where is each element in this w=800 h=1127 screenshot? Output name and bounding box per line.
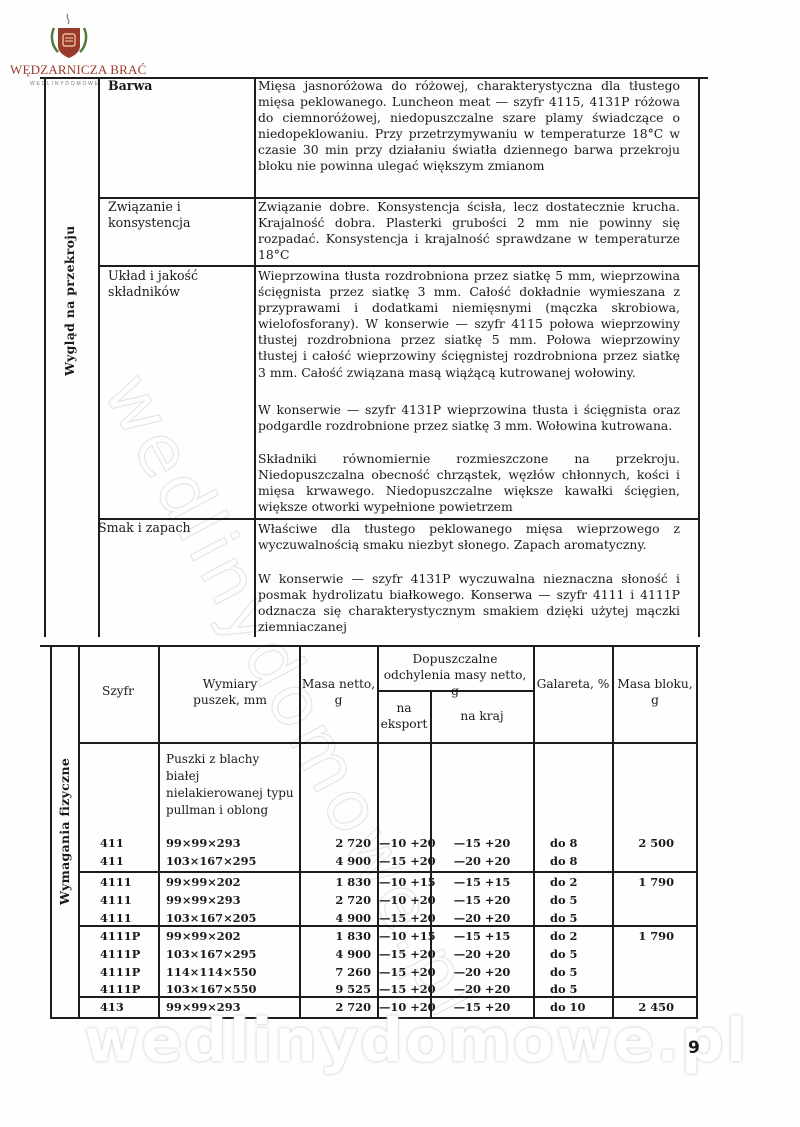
row-label-color: Barwa xyxy=(108,78,248,94)
cell-dims: 103×167×550 xyxy=(166,981,296,999)
cell-domestic: —15 +20 xyxy=(432,892,532,910)
cell-code: 4111P xyxy=(100,981,156,999)
row-text-taste-2: W konserwie — szyfr 4131P wyczuwalna nie… xyxy=(258,571,680,635)
cell-net: 4 900 xyxy=(301,946,371,964)
row-text-composition-3: Składniki równomiernie rozmieszczone na … xyxy=(258,451,680,515)
cell-dims: 103×167×205 xyxy=(166,910,296,928)
cell-export: —15 +20 xyxy=(379,964,429,982)
cell-code: 4111P xyxy=(100,928,156,946)
cell-jelly: do 8 xyxy=(550,835,610,853)
cell-net: 1 830 xyxy=(301,874,371,892)
row-text-binding: Związanie dobre. Konsystencja ścisła, le… xyxy=(258,199,680,263)
cell-net: 1 830 xyxy=(301,928,371,946)
header-code: Szyfr xyxy=(80,683,156,699)
group-rule xyxy=(78,871,697,873)
cell-export: —10 +15 xyxy=(379,928,429,946)
footer-watermark: wedlinydomowe.pl xyxy=(84,1006,748,1076)
table-section-divider xyxy=(78,645,80,1017)
header-block-mass: Masa bloku, g xyxy=(614,676,696,708)
row-label-binding: Związanie i konsystencja xyxy=(108,199,246,231)
row-text-composition-1: Wieprzowina tłusta rozdrobniona przez si… xyxy=(258,268,680,381)
cell-domestic: —20 +20 xyxy=(432,910,532,928)
cell-dims: 114×114×550 xyxy=(166,964,296,982)
cell-domestic: —20 +20 xyxy=(432,853,532,871)
can-note: Puszki z blachy białej nielakierowanej t… xyxy=(166,751,296,819)
outer-right-border xyxy=(698,77,700,637)
section-divider xyxy=(98,77,100,637)
cell-jelly: do 2 xyxy=(550,928,610,946)
cell-domestic: —15 +15 xyxy=(432,874,532,892)
section-rule xyxy=(40,645,700,647)
cell-net: 2 720 xyxy=(301,835,371,853)
cell-export: —15 +20 xyxy=(379,946,429,964)
cell-dims: 99×99×293 xyxy=(166,892,296,910)
header-deviation-group: Dopuszczalne odchylenia masy netto, g xyxy=(380,651,530,699)
col-divider xyxy=(533,645,535,1017)
cell-export: —10 +15 xyxy=(379,874,429,892)
cell-block: 1 790 xyxy=(614,874,674,892)
cell-export: —10 +20 xyxy=(379,835,429,853)
brand-logo xyxy=(48,12,90,60)
cell-dims: 99×99×293 xyxy=(166,835,296,853)
cell-dims: 99×99×202 xyxy=(166,928,296,946)
brand-subtitle: WEDLINYDOMOWE xyxy=(30,81,100,87)
row-divider xyxy=(98,265,699,267)
brand-name: WĘDZARNICZA BRAĆ xyxy=(10,62,146,78)
cell-domestic: —20 +20 xyxy=(432,946,532,964)
header-dimensions: Wymiary puszek, mm xyxy=(190,676,270,708)
cell-export: —15 +20 xyxy=(379,853,429,871)
cell-jelly: do 5 xyxy=(550,964,610,982)
cell-code: 4111P xyxy=(100,946,156,964)
cell-domestic: —15 +15 xyxy=(432,928,532,946)
header-export: na eksport xyxy=(379,700,429,732)
header-bottom-rule xyxy=(78,742,697,744)
cell-code: 4111 xyxy=(100,892,156,910)
row-text-color: Mięsa jasnoróżowa do różowej, charaktery… xyxy=(258,78,680,175)
smokehouse-crest-icon xyxy=(48,12,90,60)
cell-block: 2 500 xyxy=(614,835,674,853)
cell-jelly: do 5 xyxy=(550,892,610,910)
outer-left-border xyxy=(44,77,46,637)
section-label-physical: Wymagania fizyczne xyxy=(57,758,72,905)
header-domestic: na kraj xyxy=(432,708,532,724)
cell-net: 2 720 xyxy=(301,892,371,910)
cell-domestic: —20 +20 xyxy=(432,981,532,999)
cell-code: 4111 xyxy=(100,874,156,892)
header-net-mass: Masa netto, g xyxy=(301,676,376,708)
col-divider xyxy=(158,645,160,1017)
cell-code: 411 xyxy=(100,835,156,853)
cell-export: —10 +20 xyxy=(379,892,429,910)
row-text-composition-2: W konserwie — szyfr 4131P wieprzowina tł… xyxy=(258,402,680,434)
header-jelly: Galareta, % xyxy=(535,676,611,692)
cell-dims: 103×167×295 xyxy=(166,946,296,964)
cell-jelly: do 2 xyxy=(550,874,610,892)
cell-net: 4 900 xyxy=(301,853,371,871)
section-label-appearance: Wygląd na przekroju xyxy=(62,225,77,376)
cell-domestic: —20 +20 xyxy=(432,964,532,982)
table-right-border xyxy=(696,645,698,1017)
cell-net: 9 525 xyxy=(301,981,371,999)
cell-export: —15 +20 xyxy=(379,981,429,999)
cell-block: 1 790 xyxy=(614,928,674,946)
label-divider xyxy=(254,77,256,637)
cell-dims: 99×99×202 xyxy=(166,874,296,892)
row-text-taste-1: Właściwe dla tłustego peklowanego mięsa … xyxy=(258,521,680,553)
cell-jelly: do 5 xyxy=(550,981,610,999)
cell-code: 4111P xyxy=(100,964,156,982)
cell-jelly: do 5 xyxy=(550,946,610,964)
cell-code: 4111 xyxy=(100,910,156,928)
row-label-taste: Smak i zapach xyxy=(98,520,248,536)
cell-net: 7 260 xyxy=(301,964,371,982)
cell-jelly: do 8 xyxy=(550,853,610,871)
row-label-composition: Układ i jakość składników xyxy=(108,268,246,300)
cell-domestic: —15 +20 xyxy=(432,835,532,853)
cell-dims: 103×167×295 xyxy=(166,853,296,871)
cell-code: 411 xyxy=(100,853,156,871)
cell-export: —15 +20 xyxy=(379,910,429,928)
cell-jelly: do 5 xyxy=(550,910,610,928)
page-number: 9 xyxy=(688,1038,700,1058)
cell-net: 4 900 xyxy=(301,910,371,928)
table-left-border xyxy=(50,645,52,1017)
